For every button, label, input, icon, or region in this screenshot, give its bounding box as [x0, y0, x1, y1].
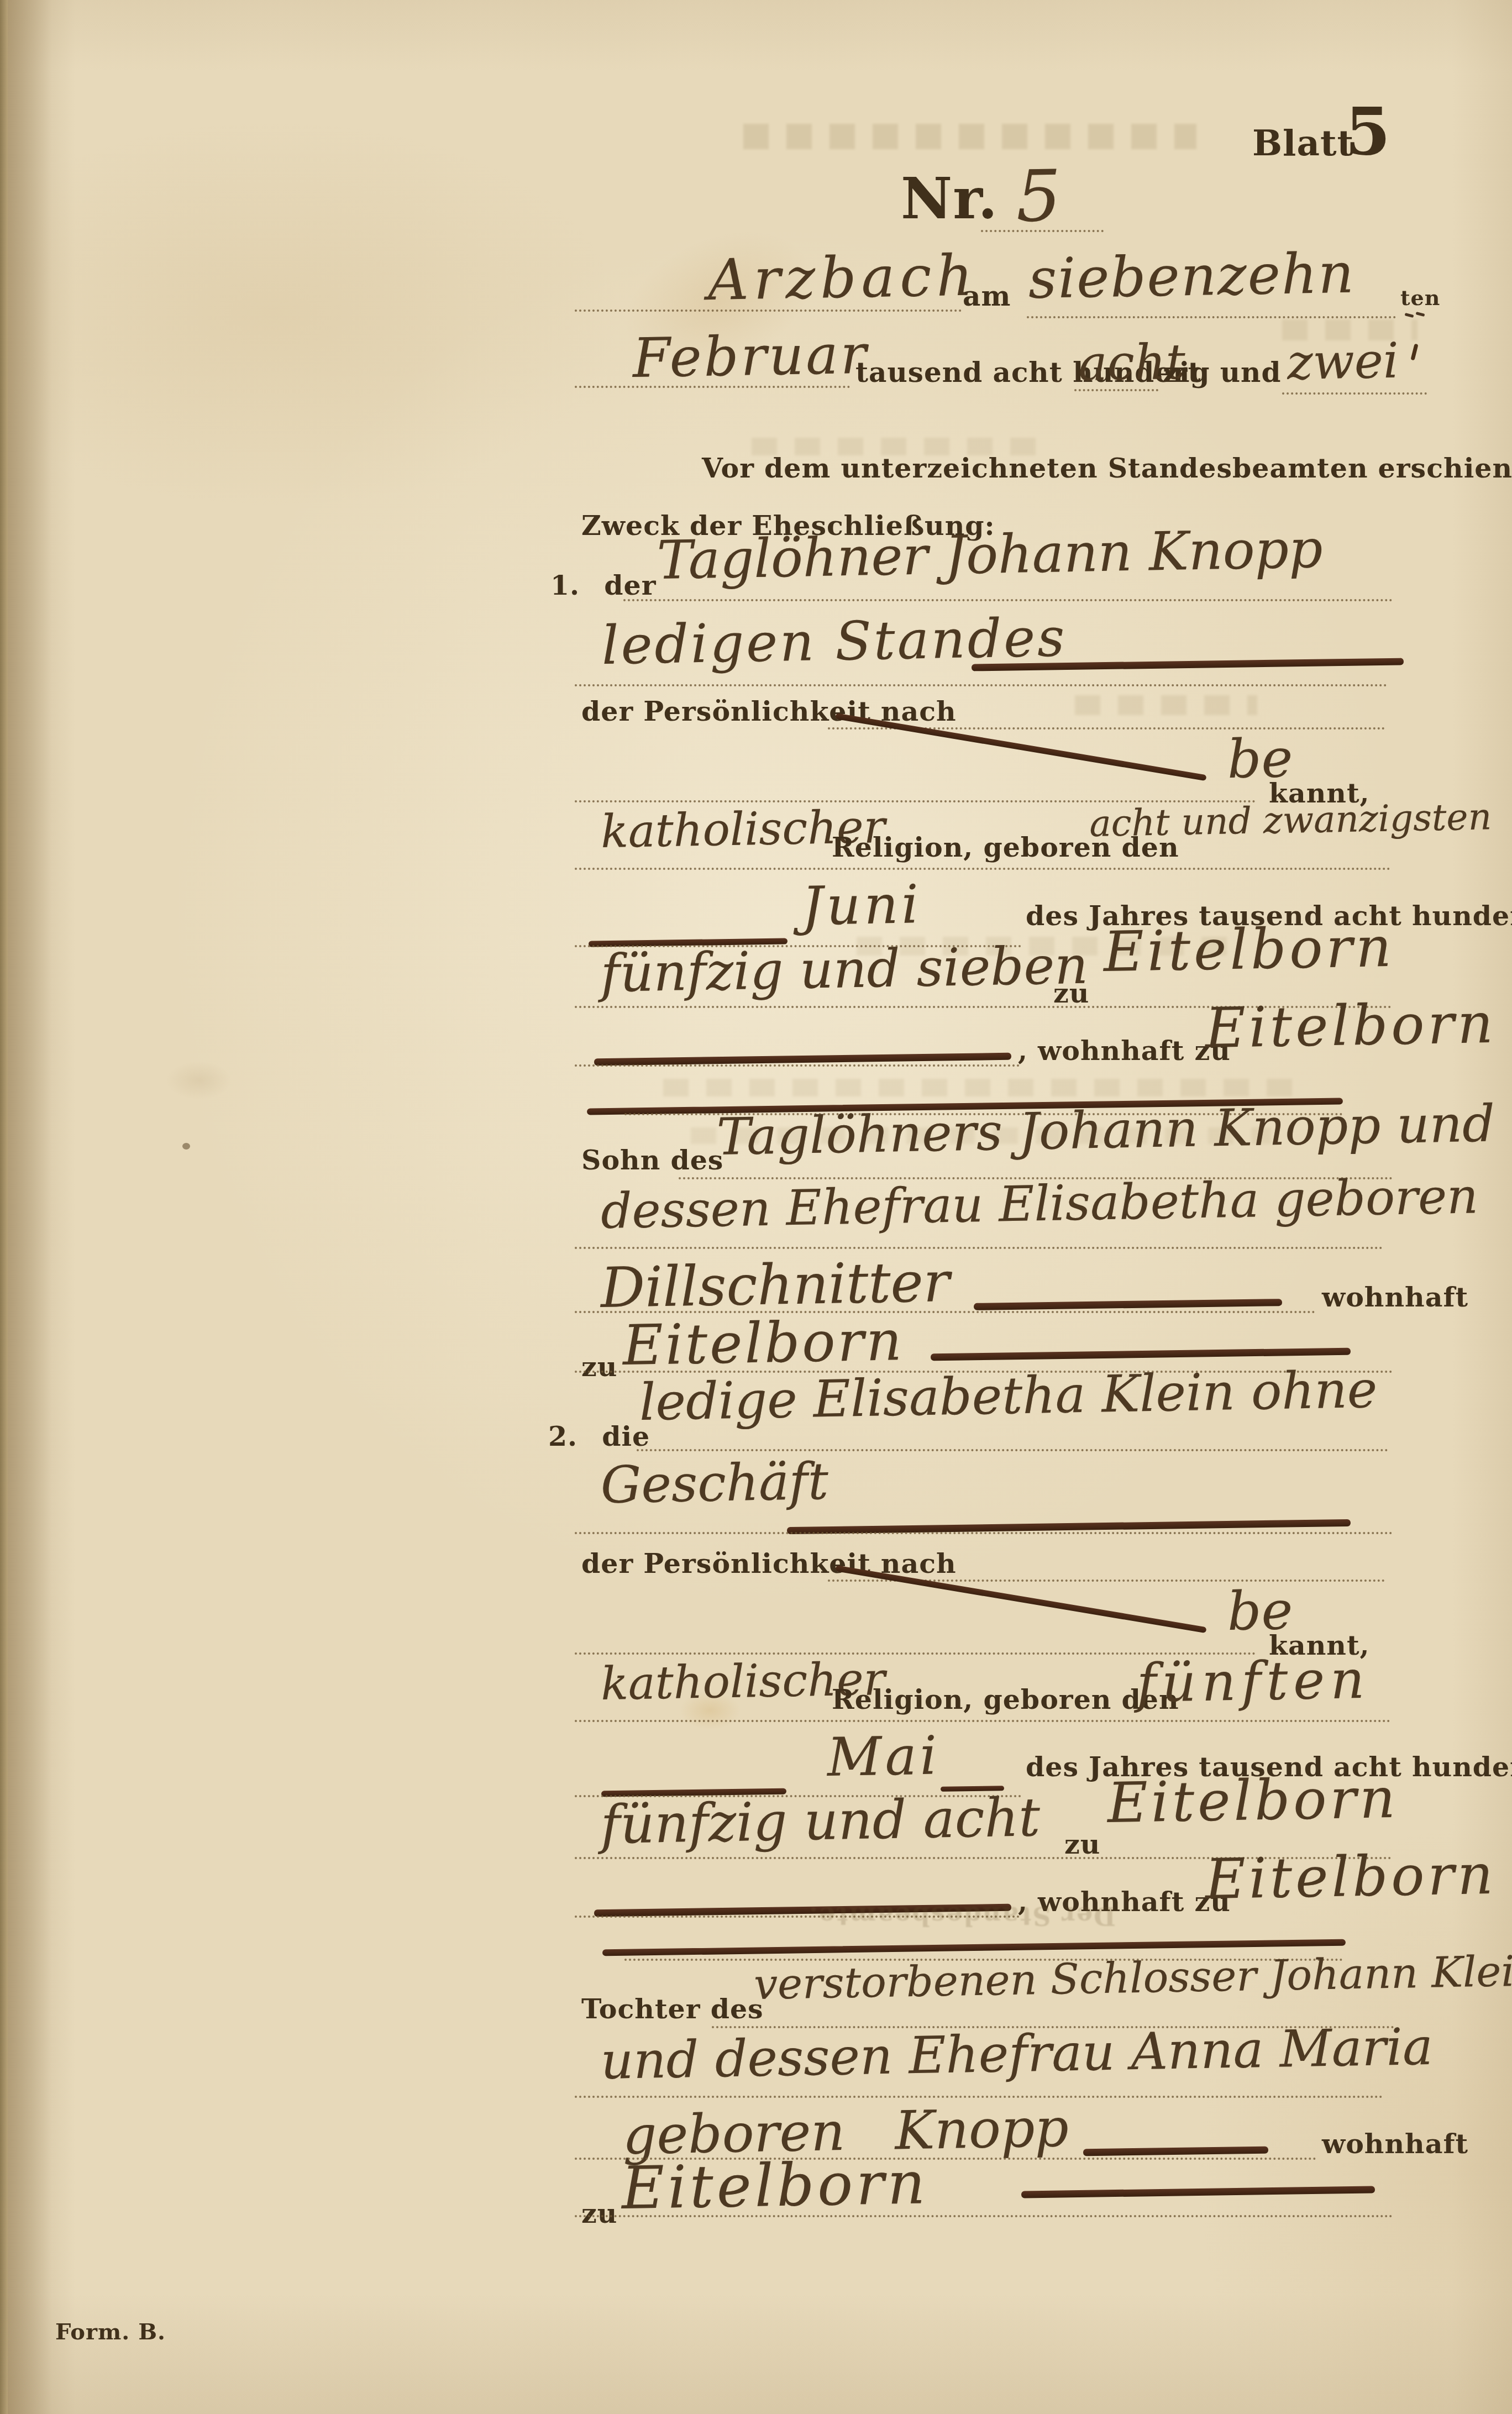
groom-residence-label: , wohnhaft zu: [1018, 1035, 1231, 1067]
bleedthrough-smudge: [663, 1079, 1299, 1096]
ruled-line: [1074, 389, 1158, 391]
groom-birth-month-entry: Juni: [801, 873, 922, 937]
bride-birth-year-entry: fünfzig und acht: [600, 1786, 1041, 1856]
crossout-stroke: [1083, 2147, 1268, 2156]
page-left-edge-shadow: [8, 0, 52, 2414]
groom-identity-label: der Persönlichkeit nach: [581, 695, 957, 727]
ruled-line: [575, 386, 850, 388]
groom-lineage-label: Sohn des: [581, 1144, 723, 1176]
crossout-stroke: [1021, 2186, 1375, 2198]
bride-birth-day-entry: fünften: [1136, 1649, 1371, 1714]
ruled-line: [575, 1532, 1393, 1534]
ruled-line: [1282, 392, 1427, 395]
bride-name-entry: ledige Elisabetha Klein ohne: [639, 1360, 1378, 1432]
bride-occupation-entry: Geschäft: [600, 1452, 829, 1515]
groom-birth-place-entry: Eitelborn: [1103, 915, 1395, 984]
crossout-stroke: [594, 1053, 1011, 1066]
bride-birth-month-entry: Mai: [827, 1724, 941, 1788]
page-left-edge: [0, 0, 8, 2414]
groom-zu-label: zu: [1053, 977, 1089, 1009]
intro-line-1: Vor dem unterzeichneten Standesbeamten e…: [702, 452, 1512, 484]
groom-name-entry: Taglöhner Johann Knopp: [657, 518, 1323, 591]
registration-month-entry: Februar: [632, 323, 869, 390]
ruled-line: [575, 868, 1390, 870]
bride-wohnhaft-label: wohnhaft: [1322, 2128, 1468, 2160]
sheet-number: 5: [1345, 93, 1391, 170]
groom-parents-zu-label: zu: [581, 1351, 617, 1383]
bride-religion-label: Religion, geboren den: [832, 1683, 1179, 1715]
bride-lineage-label: Tochter des: [581, 1993, 764, 2025]
ordinal-suffix-label: ten: [1400, 285, 1440, 310]
bride-birth-place-entry: Eitelborn: [1107, 1766, 1399, 1835]
ruled-line: [981, 230, 1104, 232]
bride-residence-entry: Eitelborn: [1205, 1842, 1497, 1912]
ruled-line: [575, 2096, 1383, 2098]
bleedthrough-stamp-text: Der Standesbeamte.: [808, 1901, 1116, 1931]
groom-birth-day-entry: acht und zwanzigsten: [1089, 795, 1492, 845]
groom-wohnhaft-label: wohnhaft: [1322, 1281, 1468, 1313]
record-number-entry: 5: [1015, 155, 1062, 238]
crossout-diagonal-stroke: [835, 713, 1206, 781]
form-label: Form. B.: [55, 2319, 166, 2345]
ink-speck: [182, 1143, 190, 1150]
year-tens-label: zig und: [1163, 356, 1281, 389]
crossout-diagonal-stroke: [835, 1565, 1206, 1633]
crossout-stroke: [931, 1348, 1351, 1361]
year-units-entry: zwei: [1287, 332, 1399, 391]
ruled-line: [575, 684, 1387, 686]
bride-parents-residence-entry: Eitelborn: [621, 2149, 929, 2222]
pen-flourish: [1410, 344, 1418, 361]
bride-index-label: 2. die: [548, 1420, 650, 1452]
registration-place-entry: Arzbach: [707, 243, 978, 313]
bleedthrough-smudge: [1075, 695, 1257, 715]
bride-identity-label: der Persönlichkeit nach: [581, 1547, 957, 1579]
am-label: am: [963, 280, 1011, 312]
ruled-line: [575, 309, 962, 312]
ruled-line: [575, 1064, 1020, 1067]
groom-residence-entry: Eitelborn: [1205, 991, 1497, 1061]
ruled-line: [637, 1449, 1388, 1451]
bride-parents-zu-label: zu: [581, 2197, 617, 2229]
groom-birth-year-entry: fünfzig und sieben: [600, 936, 1088, 1004]
paper-stain: [166, 1061, 232, 1100]
ordinal-underline: [1416, 312, 1425, 317]
groom-index-label: 1. der: [550, 569, 656, 601]
ruled-line: [575, 1247, 1383, 1249]
bride-father-entry: verstorbenen Schlosser Johann Klein: [753, 1946, 1512, 2009]
sheet-label: Blatt: [1252, 123, 1354, 164]
ruled-line: [1027, 316, 1396, 318]
ruled-line: [575, 1720, 1390, 1722]
bleedthrough-smudge: [743, 124, 1196, 149]
record-number-label: Nr.: [901, 166, 998, 232]
ruled-line: [623, 599, 1393, 601]
bride-zu-label: zu: [1064, 1828, 1100, 1860]
crossout-stroke: [974, 1299, 1282, 1310]
ordinal-underline: [1405, 313, 1414, 318]
ruled-line: [575, 2215, 1393, 2217]
groom-parents-residence-entry: Eitelborn: [622, 1308, 905, 1378]
registration-day-entry: siebenzehn: [1028, 241, 1356, 311]
registry-page-scan: Blatt 5 Nr. 5 Arzbach am siebenzehn ten …: [0, 0, 1512, 2414]
